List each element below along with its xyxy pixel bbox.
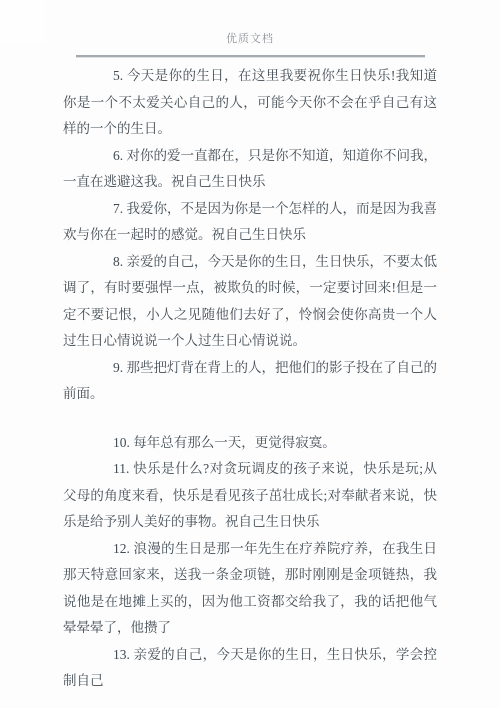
page-header-title: 优质文档 bbox=[0, 30, 500, 46]
document-body: 5. 今天是你的生日，在这里我要祝你生日快乐!我知道你是一个不太爱关心自己的人，… bbox=[63, 63, 437, 695]
paragraph-11: 11. 快乐是什么?对贪玩调皮的孩子来说，快乐是玩;从父母的角度来看，快乐是看见… bbox=[63, 456, 437, 536]
paragraph-8: 8. 亲爱的自己，今天是你的生日，生日快乐，不要太低调了，有时要强悍一点，被欺负… bbox=[63, 249, 437, 355]
paragraph-7: 7. 我爱你，不是因为你是一个怎样的人，而是因为我喜欢与你在一起时的感觉。祝自己… bbox=[63, 196, 437, 249]
paragraph-10: 10. 每年总有那么一天，更觉得寂寞。 bbox=[63, 430, 437, 457]
header-divider bbox=[76, 55, 425, 58]
document-page: 优质文档 5. 今天是你的生日，在这里我要祝你生日快乐!我知道你是一个不太爱关心… bbox=[0, 0, 500, 708]
paragraph-6: 6. 对你的爱一直都在，只是你不知道，知道你不问我，一直在逃避这我。祝自己生日快… bbox=[63, 143, 437, 196]
paragraph-9: 9. 那些把灯背在背上的人，把他们的影子投在了自己的前面。 bbox=[63, 355, 437, 408]
paragraph-5: 5. 今天是你的生日，在这里我要祝你生日快乐!我知道你是一个不太爱关心自己的人，… bbox=[63, 63, 437, 143]
paragraph-12: 12. 浪漫的生日是那一年先生在疗养院疗养，在我生日那天特意回家来，送我一条金项… bbox=[63, 536, 437, 642]
paragraph-13: 13. 亲爱的自己，今天是你的生日，生日快乐，学会控制自己 bbox=[63, 642, 437, 695]
